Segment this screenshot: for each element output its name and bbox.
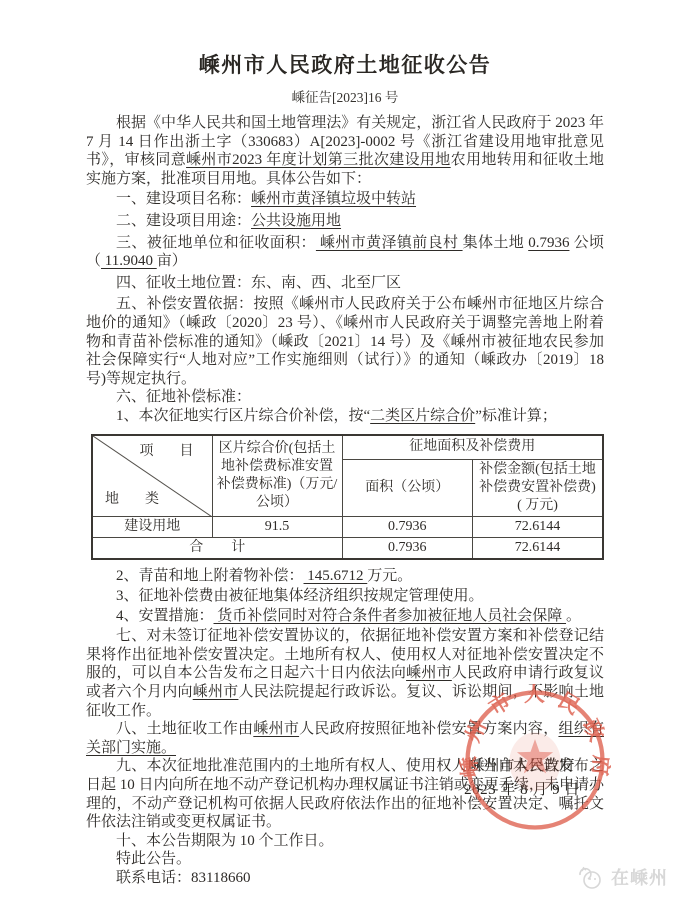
underlined-text: 嵊州市2023 年度计划第三批次建设用地	[186, 152, 451, 168]
paragraph: 五、补偿安置依据：按照《嵊州市人民政府关于公布嵊州市征地区片综合地价的通知》（嵊…	[86, 295, 604, 388]
total-amount: 72.6144	[473, 538, 604, 560]
row-price: 91.5	[212, 517, 342, 538]
text: 1、本次征地实行区片综合价补偿，按“	[116, 408, 370, 424]
text: 亩）	[157, 253, 187, 269]
compensation-table: 项 目 地 类 区片综合价(包括土地补偿费标准安置补偿费标准)（万元/公顷） 征…	[91, 434, 604, 561]
underlined-text: 货币补偿同时对符合条件者参加被征地人员社会保障	[214, 608, 567, 624]
body-text-lower: 2、青苗和地上附着物补偿： 145.6712 万元。3、征地补偿费由被征地集体经…	[86, 567, 604, 888]
price-column-header: 区片综合价(包括土地补偿费标准安置补偿费标准)（万元/公顷）	[212, 435, 342, 517]
row-area: 0.7936	[342, 517, 473, 538]
signature-date: 2023 年 8 月 9 日	[462, 782, 582, 799]
signature-issuer: 嵊州市人民政府	[462, 758, 582, 775]
underlined-text: 公共设施用地	[251, 213, 341, 229]
text: 十、本公告期限为 10 个工作日。	[116, 833, 334, 849]
text: 五、补偿安置依据：按照《嵊州市人民政府关于公布嵊州市征地区片综合地价的通知》（嵊…	[86, 296, 604, 386]
paragraph: 2、青苗和地上附着物补偿： 145.6712 万元。	[86, 567, 604, 586]
row-label: 建设用地	[92, 517, 212, 538]
row-amount: 72.6144	[473, 517, 604, 538]
watermark-logo-icon	[574, 863, 606, 891]
paragraph: 一、建设项目名称：嵊州市黄泽镇垃圾中转站	[86, 190, 604, 209]
paragraph: 十、本公告期限为 10 个工作日。	[86, 832, 604, 851]
text: 3、征地补偿费由被征地集体经济组织按规定管理使用。	[116, 588, 484, 604]
scanned-document-page: 嵊州市人民政府土地征收公告 嵊征告[2023]16 号 根据《中华人民共和国土地…	[0, 0, 686, 909]
text: 联系电话：83118660	[116, 870, 250, 886]
text: 八、土地征收工作由	[116, 721, 253, 737]
paragraph: 特此公告。	[86, 850, 604, 869]
text: 四、征收土地位置：东、南、西、北至厂区	[116, 275, 401, 291]
corner-label-landclass: 地 类	[105, 491, 165, 509]
paragraph: 3、征地补偿费由被征地集体经济组织按规定管理使用。	[86, 587, 604, 606]
total-area: 0.7936	[342, 538, 473, 560]
signature-block: 嵊州市人民政府 2023 年 8 月 9 日	[462, 758, 582, 799]
paragraph: 1、本次征地实行区片综合价补偿，按“二类区片综合价”标准计算；	[86, 407, 604, 426]
watermark: 在嵊州	[574, 863, 668, 891]
paragraph: 三、被征地单位和征收面积： 嵊州市黄泽镇前良村 集体土地 0.7936 公顷（ …	[86, 234, 604, 271]
text: ”标准计算；	[475, 408, 557, 424]
total-label: 合 计	[92, 538, 342, 560]
table-total-row: 合 计 0.7936 72.6144	[92, 538, 603, 560]
paragraph: 二、建设项目用途：公共设施用地	[86, 212, 604, 231]
underlined-text: 嵊州市	[193, 684, 239, 700]
text: 4、安置措施：	[116, 608, 214, 624]
underlined-text: 嵊州市黄泽镇前良村	[316, 235, 463, 251]
underlined-text: 11.9040	[101, 253, 157, 269]
text: 人民政府按照征地补偿安置方案内容，	[299, 721, 558, 737]
table-row: 建设用地 91.5 0.7936 72.6144	[92, 517, 603, 538]
underlined-text: 0.7936	[528, 235, 569, 251]
corner-label-project: 项 目	[140, 443, 200, 461]
text: 2、青苗和地上附着物补偿：	[116, 568, 304, 584]
page-title: 嵊州市人民政府土地征收公告	[86, 52, 604, 79]
amount-column-header: 补偿金额(包括土地补偿费安置补偿费)( 万元)	[473, 460, 604, 517]
document-number: 嵊征告[2023]16 号	[86, 86, 604, 106]
group-column-header: 征地面积及补偿费用	[342, 435, 603, 460]
table-corner-cell: 项 目 地 类	[92, 435, 212, 517]
underlined-text: 嵊州市	[253, 721, 299, 737]
text: 三、被征地单位和征收面积：	[116, 235, 316, 251]
text: 。	[566, 608, 581, 624]
text: 一、建设项目名称：	[116, 191, 251, 207]
paragraph: 七、对未签订征地补偿安置协议的，依据征地补偿安置方案和补偿登记结果将作出征地补偿…	[86, 627, 604, 720]
underlined-text: 二类区片综合价	[370, 408, 475, 424]
text: 集体土地	[463, 235, 529, 251]
text: 万元。	[367, 568, 412, 584]
underlined-text: 145.6712	[304, 568, 368, 584]
paragraph: 四、征收土地位置：东、南、西、北至厂区	[86, 274, 604, 293]
text: 特此公告。	[116, 851, 191, 867]
underlined-text: 嵊州市	[406, 665, 452, 681]
text: 六、征地补偿标准：	[116, 389, 251, 405]
underlined-text: 嵊州市黄泽镇垃圾中转站	[251, 191, 416, 207]
paragraph: 联系电话：83118660	[86, 869, 604, 888]
area-column-header: 面积（公顷）	[342, 460, 473, 517]
paragraph: 根据《中华人民共和国土地管理法》有关规定，浙江省人民政府于 2023 年 7 月…	[86, 114, 604, 188]
paragraph: 4、安置措施： 货币补偿同时对符合条件者参加被征地人员社会保障 。	[86, 607, 604, 626]
text: 二、建设项目用途：	[116, 213, 251, 229]
paragraph: 八、土地征收工作由嵊州市人民政府按照征地补偿安置方案内容，组织有关部门实施。	[86, 720, 604, 757]
body-text-upper: 根据《中华人民共和国土地管理法》有关规定，浙江省人民政府于 2023 年 7 月…	[86, 114, 604, 426]
watermark-label: 在嵊州	[611, 864, 668, 890]
paragraph: 六、征地补偿标准：	[86, 388, 604, 407]
